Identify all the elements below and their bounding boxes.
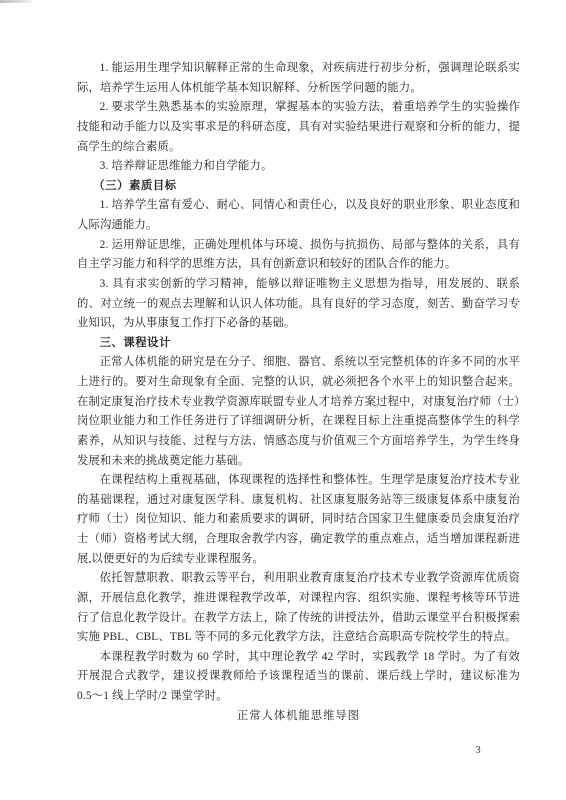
paragraph-course-design-1: 正常人体机能的研究是在分子、细胞、器官、系统以至完整机体的许多不同的水平上进行的… bbox=[77, 353, 520, 471]
page-body: 1. 能运用生理学知识解释正常的生命现象，对疾病进行初步分析，强调理论联系实际，… bbox=[77, 59, 520, 726]
numbered-item-quality-3: 3. 具有求实创新的学习精神，能够以辩证唯物主义思想为指导，用发展的、联系的、对… bbox=[77, 275, 520, 334]
paragraph-course-design-2: 在课程结构上重视基础，体现课程的选择性和整体性。生理学是康复治疗技术专业的基础课… bbox=[77, 471, 520, 569]
section-heading-course-design: 三、课程设计 bbox=[77, 334, 520, 354]
paragraph-course-hours: 本课程教学时数为 60 学时，其中理论教学 42 学时，实践教学 18 学时。为… bbox=[77, 648, 520, 707]
numbered-item-ability-1: 1. 能运用生理学知识解释正常的生命现象，对疾病进行初步分析，强调理论联系实际，… bbox=[77, 59, 520, 98]
numbered-item-ability-3: 3. 培养辩证思维能力和自学能力。 bbox=[77, 157, 520, 177]
numbered-item-ability-2: 2. 要求学生熟悉基本的实验原理，掌握基本的实验方法，着重培养学生的实验操作技能… bbox=[77, 98, 520, 157]
scan-artifact bbox=[0, 0, 34, 3]
document-page: 1. 能运用生理学知识解释正常的生命现象，对疾病进行初步分析，强调理论联系实际，… bbox=[0, 0, 566, 800]
numbered-item-quality-2: 2. 运用辩证思维，正确处理机体与环境、损伤与抗损伤、局部与整体的关系，具有自主… bbox=[77, 236, 520, 275]
section-heading-quality-goals: （三）素质目标 bbox=[77, 177, 520, 197]
figure-caption: 正常人体机能思维导图 bbox=[77, 707, 520, 727]
numbered-item-quality-1: 1. 培养学生富有爱心、耐心、同情心和责任心，以及良好的职业形象、职业态度和人际… bbox=[77, 196, 520, 235]
paragraph-course-design-3: 依托智慧职教、职教云等平台，利用职业教育康复治疗技术专业教学资源库优质资源，开展… bbox=[77, 569, 520, 648]
page-number: 3 bbox=[466, 743, 490, 759]
